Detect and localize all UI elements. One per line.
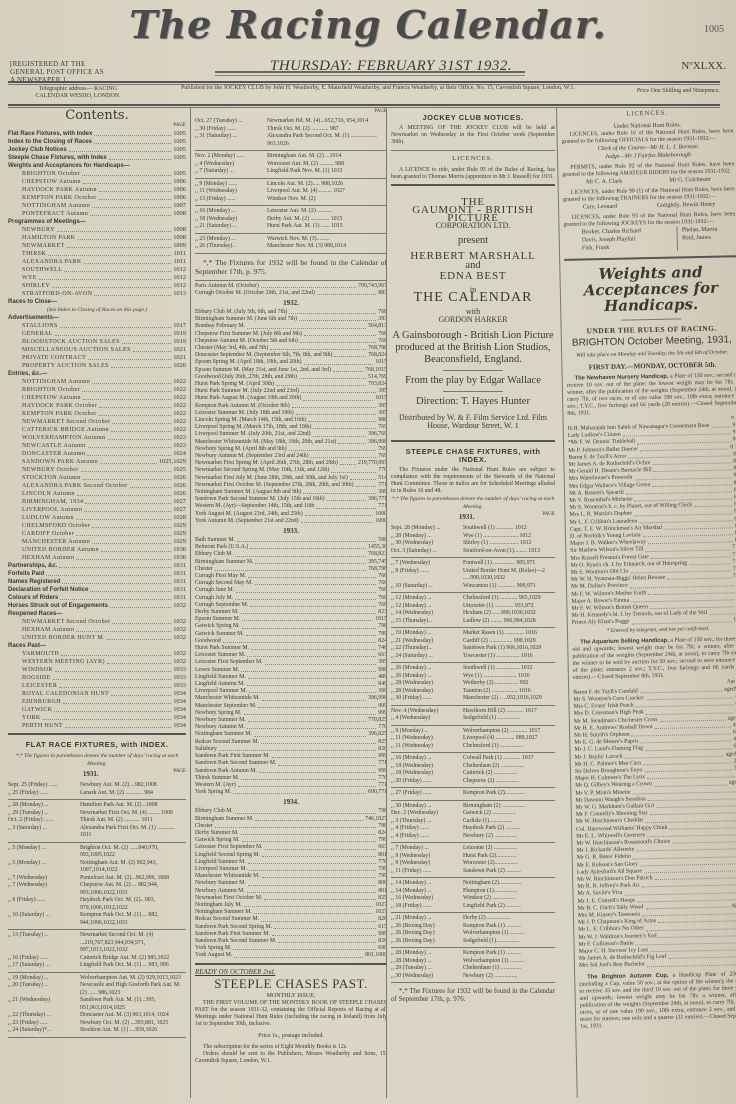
leader-dots <box>356 482 377 487</box>
fixture-meeting: Lanark Aut. M. (2) ............ 984 <box>80 790 186 798</box>
toc-page: 1011 <box>173 250 186 258</box>
leader-dots <box>626 487 732 494</box>
fixture-row: ,, 11 (Wednesday)Liverpool Aut. M. (4) .… <box>195 188 387 196</box>
ad-line: CORPORATION LTD. <box>391 222 555 230</box>
toc-label: UNITED BORDER HUNT M. <box>8 634 105 642</box>
leader-dots <box>350 475 376 480</box>
fixture-meeting: Newcastle and High Gosforth Park Aut. M.… <box>80 982 186 997</box>
leader-dots <box>60 322 171 328</box>
fixture-row: ,, 13 (Friday) ......Windsor Nov. M. (2) <box>195 196 387 204</box>
index-row: Ebbury Club M.768,823 <box>195 551 387 558</box>
toc-item: LUDLOW Autumn1028 <box>8 514 186 522</box>
toc-item: KEMPTON PARK October1006 <box>8 194 186 202</box>
fixture-date: Oct. 27 (Tuesday) ... <box>195 118 267 126</box>
fixture-date: ,, 16 (Monday) ... <box>391 755 463 763</box>
toc-label: Declaration of Forfeit Notice <box>8 586 88 594</box>
fixture-meeting: Cardiff (2) ................ 990,1029 <box>463 638 555 646</box>
leader-dots <box>76 554 171 560</box>
index-label: Derby Summer M. <box>195 609 239 616</box>
toc-page: 1034 <box>173 690 186 698</box>
fixture-date: ,, 9 (Monday) ... <box>391 728 463 736</box>
index-row: Goodwood824 <box>195 638 387 645</box>
leader-dots <box>48 250 171 256</box>
leader-dots <box>46 570 171 576</box>
fixture-row: ,, 28 (Wednesday)Taunton (2) ...........… <box>391 688 555 696</box>
leader-dots <box>270 345 366 350</box>
fixture-date: Nov. 4 (Wednesday) <box>391 708 463 716</box>
toc-label: Partnerships, &c. <box>8 562 57 570</box>
leader-dots <box>636 845 736 852</box>
leader-dots <box>99 194 172 200</box>
leader-dots <box>241 775 376 780</box>
fixture-date: ,, 19 (Monday) ... <box>8 975 80 983</box>
leader-dots <box>69 146 172 152</box>
toc-label: Flat Race Fixtures, with Index <box>8 130 92 138</box>
leader-dots <box>265 844 377 849</box>
leader-dots <box>331 467 376 472</box>
index-label: Redcar Second Summer M. <box>195 739 259 746</box>
leader-dots <box>640 859 736 866</box>
leader-dots <box>654 722 731 729</box>
fixture-date: ,, 28 (Monday) ... <box>8 802 80 810</box>
toc-label: PROPERTY AUCTION SALES <box>8 362 109 370</box>
toc-label: ALEXANDRA PARK Second October <box>8 482 128 490</box>
fixture-date: ,, 16 (Wednesday) <box>391 895 463 903</box>
index-row: Newmarket First October M. (September 27… <box>195 482 387 489</box>
toc-label: HAYDOCK PARK October <box>8 402 97 410</box>
index-row: Curragh October M. (October 20th, 21st, … <box>195 290 387 297</box>
fixture-meeting: Southwell (1) ................ 1012 <box>463 665 555 673</box>
toc-item: LEICESTER1033 <box>8 682 186 690</box>
issue-number: NºXLXX. <box>681 60 726 72</box>
toc-label: GATWICK <box>8 706 52 714</box>
index-row: York Autumn M. (September 21st and 22nd)… <box>195 518 387 525</box>
toc-label: DONCASTER Autumn <box>8 450 85 458</box>
index-label: Newbury Spring M. (April 8th and 9th) <box>195 446 287 453</box>
index-page: 801,1000 <box>365 952 387 959</box>
toc-label: Index to the Closing of Races <box>8 138 92 146</box>
divider <box>564 255 736 261</box>
index-label: Leicester Summer M. <box>195 652 245 659</box>
film-advertisement: THE GAUMONT - BRITISH PICTURE CORPORATIO… <box>391 198 555 430</box>
toc-label: BRIGHTON October <box>8 170 80 178</box>
fixture-date: ,, 28 (Monday) ... <box>391 950 463 958</box>
toc-label: NOTTINGHAM Autumn <box>8 378 90 386</box>
toc-item: GATWICK1034 <box>8 706 186 714</box>
fixture-meeting: Birmingham Aut. M. (2) ...1014 <box>267 153 387 161</box>
index-row: Ebbury Club M.798 <box>195 808 387 815</box>
fixture-meeting: Sandown Park (1) 966,1016,1029 <box>463 645 555 653</box>
leader-dots <box>248 717 366 722</box>
leader-dots <box>53 674 171 680</box>
fixture-meeting: Haydock Park (2) .......... <box>463 825 555 833</box>
fixture-meeting: Taunton (2) .................. 1016 <box>463 688 555 696</box>
toc-item: NOTTINGHAM Autumn1022 <box>8 378 186 386</box>
fixture-meeting: Kempton Park (1) .......... <box>463 950 555 958</box>
leader-dots <box>55 330 171 336</box>
leader-dots <box>255 580 377 585</box>
fixture-group: ,, 16 (Monday) ...Colwall Park (1) .....… <box>391 753 555 788</box>
fixture-row: ,, 18 (Wednesday)Derby Aut. M. (2) .....… <box>195 216 387 224</box>
fixture-row: ,, 28 (Monday) ...Wolverhampton (1) ....… <box>391 958 555 966</box>
leader-dots <box>642 909 736 916</box>
leader-dots <box>646 693 733 700</box>
fixture-row: ,, 11 (Wednesday)Chelmsford (1) ........… <box>391 743 555 751</box>
toc-item: SANDOWN PARK Autumn1025,1029 <box>8 458 186 466</box>
fixture-group: ,, 13 (Tuesday) ...Newmarket Second Oct.… <box>8 930 186 973</box>
index-row: York Spring M.690,771 <box>195 789 387 796</box>
leader-dots <box>625 751 724 758</box>
toc-page: 1026 <box>173 482 186 490</box>
toc-page: 1023 <box>173 434 186 442</box>
index-row: York Spring M.690 <box>195 945 387 952</box>
fixture-meeting: Wincanton (1) ............ 909,971 <box>463 583 555 591</box>
jockey-club-meeting: A MEETING OF THE JOCKEY CLUB will be hel… <box>391 125 555 146</box>
fixture-row: ,, 28 (Monday) ...Hamilton Park Aut. M. … <box>8 802 186 810</box>
fixture-meeting: Worcester (2)................ <box>463 860 555 868</box>
toc-label: CHELMSFORD October <box>8 522 90 530</box>
fixture-meeting: Leicester (2) ................ <box>463 845 555 853</box>
toc-page: 1029 <box>173 522 186 530</box>
fixture-row: ,, 24 (Saturday) ...Towcester (1) ......… <box>391 653 555 661</box>
fixture-row: ,, 21 (Wednesday)Sandown Park Aut. M. (1… <box>8 997 186 1012</box>
leader-dots <box>83 394 171 400</box>
toc-label: YARMOUTH <box>8 650 59 658</box>
leader-dots <box>299 316 376 321</box>
fixture-group: ,, 5 (Monday) ...Brighton Oct. M. (2) ..… <box>8 843 186 931</box>
toc-label: WINDSOR <box>8 666 53 674</box>
fixture-row: ,, 16 (Wednesday)Windsor (2) ...........… <box>391 895 555 903</box>
leader-dots <box>646 924 736 931</box>
toc-page: 1023 <box>173 442 186 450</box>
leader-dots <box>246 631 377 636</box>
toc-item: MISCELLANEOUS AUCTION SALES1021 <box>8 346 186 354</box>
fixture-row: ,, 22 (Thursday)...Sandown Park (1) 966,… <box>391 645 555 653</box>
toc-label: HAMILTON PARK <box>8 234 76 242</box>
toc-label: MISCELLANEOUS AUCTION SALES <box>8 346 131 354</box>
fixture-date: ,, 5 (Monday) ... <box>8 860 80 875</box>
toc-page: 1033 <box>173 666 186 674</box>
fixture-date: ,, 9 (Wednesday) <box>391 853 463 861</box>
index-row: Sandown Park Autumn M.999 <box>195 768 387 775</box>
fixture-row: ,, 18 (Friday) ......Lingfield Park (2) … <box>391 903 555 911</box>
fixture-group: Oct. 27 (Tuesday) ...Newmarket Hd. M. (4… <box>195 116 387 151</box>
toc-item: YORK1034 <box>8 714 186 722</box>
index-label: Manchester Whitsuntide M. <box>195 873 260 880</box>
leader-dots <box>250 602 376 607</box>
toc-item: SOUTHWELL1012 <box>8 266 186 274</box>
index-row: Chepstow First Summer M. (July 8th and 9… <box>195 331 387 338</box>
toc-page: 1005 <box>173 130 186 138</box>
leader-dots <box>78 234 172 240</box>
index-row: Derby Summer M.823 <box>195 609 387 616</box>
leader-dots <box>265 659 377 664</box>
leader-dots <box>694 502 732 508</box>
toc-page: 1005 <box>173 170 186 178</box>
index-row: Gatwick Summer M.799 <box>195 631 387 638</box>
toc-heading: Programmes of Meetings— <box>8 218 186 226</box>
index-row: Birmingham Summer M. (June 6th and 7th)3… <box>195 316 387 323</box>
fixture-date: ,, 7 (Wednesday) <box>8 875 80 883</box>
index-label: Nottingham July M. <box>195 902 242 909</box>
toc-item: HAYDOCK PARK October1022 <box>8 402 186 410</box>
index-label: Epsom Summer M. <box>195 616 240 623</box>
ad-line: present <box>391 235 555 247</box>
index-label: Lingfield Summer M. <box>195 674 246 681</box>
telegraphic-address: Telegraphic address— RACING CALENDAR WES… <box>23 86 133 100</box>
index-label: Newbury Autumn M. <box>195 724 245 731</box>
fixture-date: ,, 26 (Boxing Day) <box>391 930 463 938</box>
fixture-meeting: Sedgefield (1)................ <box>463 938 555 946</box>
toc-label: CHEPSTOW Autumn <box>8 394 81 402</box>
toc-label: WESTERN MEETING (AYR) <box>8 658 105 666</box>
toc-label: NOTTINGHAM Autumn <box>8 202 90 210</box>
fixture-meeting: Wolverhampton (2) ............ 1017 <box>463 728 555 736</box>
leader-dots <box>689 559 730 565</box>
fixture-date: ,, 7 (Wednesday) <box>8 882 80 897</box>
fixture-group: ,, 12 (Monday) ...Chelmsford (1) .......… <box>391 593 555 628</box>
leader-dots <box>648 538 733 545</box>
fixture-row: ,, 9 (Monday) ......Lincoln Aut. M. (2).… <box>195 181 387 189</box>
toc-page: 1029 <box>173 538 186 546</box>
fixture-meeting: Chelmsford (1) ............ 965,1029 <box>463 595 555 603</box>
index-label: Leicester First September M. <box>195 844 263 851</box>
costar-name: GORDON HARKER <box>391 316 555 324</box>
toc-item: NEWBURY1008 <box>8 226 186 234</box>
toc-label: KEMPTON PARK October <box>8 194 97 202</box>
leader-dots <box>99 186 171 192</box>
fixture-date: ,, 9 (Friday) ...... <box>8 897 80 912</box>
fixture-group: ,, 23 (Monday) ...Warwick Nov. M. (3)...… <box>195 234 387 254</box>
leader-dots <box>248 573 376 578</box>
index-label: York August M. <box>195 952 232 959</box>
meeting-note: Will take place on Monday and Tuesday, t… <box>566 348 736 360</box>
index-label: York Spring M. <box>195 945 231 952</box>
index-page: 768,798 <box>368 345 387 352</box>
toc-page: 1012 <box>173 274 186 282</box>
toc-item: PERTH HUNT1034 <box>8 722 186 730</box>
index-label: Manchester September M. <box>195 703 256 710</box>
index-label: Paris Autumn M. (October) <box>195 283 259 290</box>
index-row: Sandown Park First Summer M.999 <box>195 931 387 938</box>
toc-heading: Reopened Races— <box>8 610 186 618</box>
fixture-meeting: Nottingham (2)................ <box>463 880 555 888</box>
toc-item: NEWMARKET1009 <box>8 242 186 250</box>
weight: 9 7 <box>732 422 736 429</box>
index-row: Manchester Whitsuntide M. (May 18th, 19t… <box>195 439 387 446</box>
toc-item: CHEPSTOW Autumn1006 <box>8 178 186 186</box>
page-number: 1005 <box>704 24 724 35</box>
ad-orders: Orders should be sent to the Publishers,… <box>195 1051 387 1065</box>
leader-dots <box>52 282 171 288</box>
leader-dots <box>92 538 171 544</box>
fixture-row: ,, 9 (Wednesday)Worcester (2)...........… <box>391 860 555 868</box>
fixture-row: ,, 9 (Friday) ......Haydock Park Oct. M.… <box>8 897 186 912</box>
leader-dots <box>313 424 376 429</box>
toc-item: Index to the Closing of Races1005 <box>8 138 186 146</box>
index-row: Thirsk Summer M.776 <box>195 775 387 782</box>
fixture-row: Nov. 4 (Wednesday)Hawthorn Hill (2) ....… <box>391 708 555 716</box>
index-label: York Spring M. <box>195 789 231 796</box>
index-page: 770,825 <box>368 717 387 724</box>
fixture-row: ,, 14 (Monday) ...Nottingham (2)........… <box>391 880 555 888</box>
leader-dots <box>215 823 377 828</box>
leader-dots <box>652 458 731 465</box>
index-row: Lingfield Summer M.776 <box>195 859 387 866</box>
fixture-row: ,, 26 (Boxing Day)Kempton Park (1) .....… <box>391 923 555 931</box>
leader-dots <box>241 609 377 614</box>
index-row: Belmont Park (U.S.A.)1455,36 <box>195 544 387 551</box>
fixture-date: ,, 5 (Monday) ... <box>8 845 80 860</box>
contents-title: Contents. <box>8 112 186 120</box>
leader-dots <box>300 338 376 343</box>
fixture-meeting: Liverpool Aut. M. (4) ......... 1027 <box>267 188 387 196</box>
fixture-meeting: Birmingham (2) ................ <box>463 803 555 811</box>
fixture-date: Oct. 2 (Friday) ....... <box>8 817 80 825</box>
leader-dots <box>235 808 376 813</box>
index-row: Sandown Park First Summer M.999 <box>195 753 387 760</box>
leader-dots <box>99 410 172 416</box>
index-label: Kempton Park Autumn M. (October 8th) <box>195 403 290 410</box>
toc-item: Partnerships, &c.1031 <box>8 562 186 570</box>
toc-page: 1017 <box>173 322 186 330</box>
index-label: Goodwood (July 26th, 27th, 28th, and 29t… <box>195 374 297 381</box>
fixture-row: ,, 4 (Wednesday)Worcester Aut. M. (2) ..… <box>195 161 387 169</box>
licences-title: LICENCES. <box>391 155 555 163</box>
fixture-meeting: Market Rasen (1) ............. 1016 <box>463 630 555 638</box>
leader-dots <box>244 902 374 907</box>
leader-dots <box>645 816 736 823</box>
fixture-meeting: Lincoln Aut. M. (2)..... 988,1026 <box>267 181 387 189</box>
toc-heading: Advertisements— <box>8 314 186 322</box>
fixture-date: ,, 23 (Monday) ... <box>195 236 267 244</box>
leader-dots <box>111 362 171 368</box>
day-heading: FIRST DAY.—MONDAY, OCTOBER 5th. <box>566 360 736 372</box>
fixture-date: Sept. 25 (Friday) ...... <box>8 782 80 790</box>
index-row: Western M. (Ayr)—September 14th, 15th, a… <box>195 503 387 510</box>
index-label: Sandown Park Second Spring M. <box>195 924 272 931</box>
index-label: Thirsk Summer M. <box>195 775 239 782</box>
fixture-date: ,, 14 (Monday) ... <box>391 880 463 888</box>
toc-item: UNITED BORDER Autumn1030 <box>8 546 186 554</box>
fixture-date: ,, 16 (Friday) ...... <box>8 955 80 963</box>
index-label: Manchester Whitsuntide M. (May 18th, 19t… <box>195 439 336 446</box>
index-label: Manchester Whitsuntide M. <box>195 695 260 702</box>
ad-price: Price 1s., postage included. <box>195 1032 387 1040</box>
trainer-name: Cary, Leonard <box>583 203 617 212</box>
fixture-meeting: Stratford-on-Avon (1)......... 1013 <box>463 548 555 556</box>
toc-item: Declaration of Forfeit Notice1031 <box>8 586 186 594</box>
toc-page: 1007 <box>173 202 186 210</box>
toc-item: ROYAL CALEDONIAN HUNT1034 <box>8 690 186 698</box>
leader-dots <box>303 395 373 400</box>
fixtures-footnote: *,* The Fixtures for 1932 will be found … <box>195 258 387 276</box>
fixture-meeting: Liverpool (4) ............. 989,1027 <box>463 735 555 743</box>
toc-label: CHEPSTOW Autumn <box>8 178 81 186</box>
publisher-line: Published for the JOCKEY CLUB by John H.… <box>178 85 578 92</box>
leader-dots <box>641 737 732 744</box>
fixture-meeting: Windsor Nov. M. (2) <box>267 196 387 204</box>
fixture-row: ,, 30 (Monday) ...Birmingham (2) .......… <box>391 803 555 811</box>
toc-item: NEWCASTLE Autumn1023 <box>8 442 186 450</box>
fixture-meeting: Southwell (1) ............ 1012 <box>463 525 555 533</box>
leader-dots <box>223 638 377 643</box>
steeple-note: *,* The figures in parentheses denote th… <box>391 495 555 511</box>
fixture-date: ,, 16 (Monday) ... <box>195 208 267 216</box>
fixture-meeting: Lingfield Park Oct. M. (1) ... 983, 996 <box>80 962 186 970</box>
index-label: Epsom Spring M. (April 18th, 19th, and 2… <box>195 359 302 366</box>
fixture-date: ,, 30 (Friday) ...... <box>195 126 267 134</box>
divider <box>391 440 555 442</box>
toc-item: BLOODSTOCK AUCTION SALES1019 <box>8 338 186 346</box>
toc-label: BOGSIDE <box>8 674 51 682</box>
fixture-date: ,, 14 (Monday) ... <box>391 888 463 896</box>
index-row: Curragh September M.766 <box>195 602 387 609</box>
leader-dots <box>264 895 376 900</box>
fixture-date: ,, 11 (Wednesday) <box>195 188 267 196</box>
index-label: Ebbury Club M. <box>195 808 233 815</box>
leader-dots <box>59 682 171 688</box>
index-row: Sandown Park Second Summer M.826 <box>195 938 387 945</box>
toc-page: 1032 <box>173 634 186 642</box>
fixture-meeting: Chelmsford (1) ................ <box>463 743 555 751</box>
fixture-row: ,, 27 (Friday) ......Kempton Park (2)...… <box>391 790 555 798</box>
toc-item: STOCKTON Autumn1026 <box>8 474 186 482</box>
fixture-meeting: Newmarket Hd. M. (4)...652,716, 954,1014 <box>267 118 387 126</box>
leader-dots <box>317 290 377 295</box>
toc-label: NEWBURY October <box>8 466 79 474</box>
leader-dots <box>237 537 376 542</box>
leader-dots <box>87 450 171 456</box>
leader-dots <box>650 945 736 952</box>
fixture-meeting: Lingfield Park (2) .......... <box>463 903 555 911</box>
index-row: Liverpool Summer M.799 <box>195 866 387 873</box>
permit-name: Mr G. Colchester <box>669 176 711 185</box>
star-name: EDNA BEST <box>391 272 555 280</box>
index-label: Nottingham Summer M. <box>195 909 252 916</box>
toc-item: PRIVATE CONTRACT1021 <box>8 354 186 362</box>
fixture-row: Sept. 28 (Monday) ...Southwell (1) .....… <box>391 525 555 533</box>
toc-item: Names Registered1031 <box>8 578 186 586</box>
index-row: Redcar Second Summer M.825 <box>195 739 387 746</box>
leader-dots <box>316 503 376 508</box>
leader-dots <box>234 952 363 957</box>
fixture-group: ,, 28 (Monday) ...Kempton Park (1) .....… <box>391 948 555 983</box>
leader-dots <box>656 801 735 808</box>
index-page: 395,745 <box>368 559 387 566</box>
leader-dots <box>111 690 171 696</box>
fixture-date: ,, 21 (Saturday) ... <box>195 223 267 231</box>
fixture-meeting: Sandown Park Aut. M. (1)...395, 951,963,… <box>80 997 186 1012</box>
index-label: Newmarket First October M. <box>195 895 262 902</box>
page-label: PAGE <box>195 108 387 116</box>
leader-dots <box>311 453 377 458</box>
toc-page: 1006 <box>173 178 186 186</box>
index-page: 690,771 <box>368 789 387 796</box>
toc-page: 1031 <box>173 578 186 586</box>
leader-dots <box>628 451 731 458</box>
leader-dots <box>100 458 157 464</box>
index-page: 514,769 <box>368 374 387 381</box>
leader-dots <box>645 902 729 909</box>
toc-label: CARDIFF October <box>8 530 74 538</box>
fixture-meeting: Windsor (2) ................ <box>463 895 555 903</box>
toc-label: Jockey Club Notices <box>8 146 67 154</box>
toc-page: 1033 <box>173 682 186 690</box>
leader-dots <box>112 418 171 424</box>
index-row: Nottingham Summer M.1027 <box>195 909 387 916</box>
index-row: York August M. (August 23rd, 24th, and 2… <box>195 511 387 518</box>
